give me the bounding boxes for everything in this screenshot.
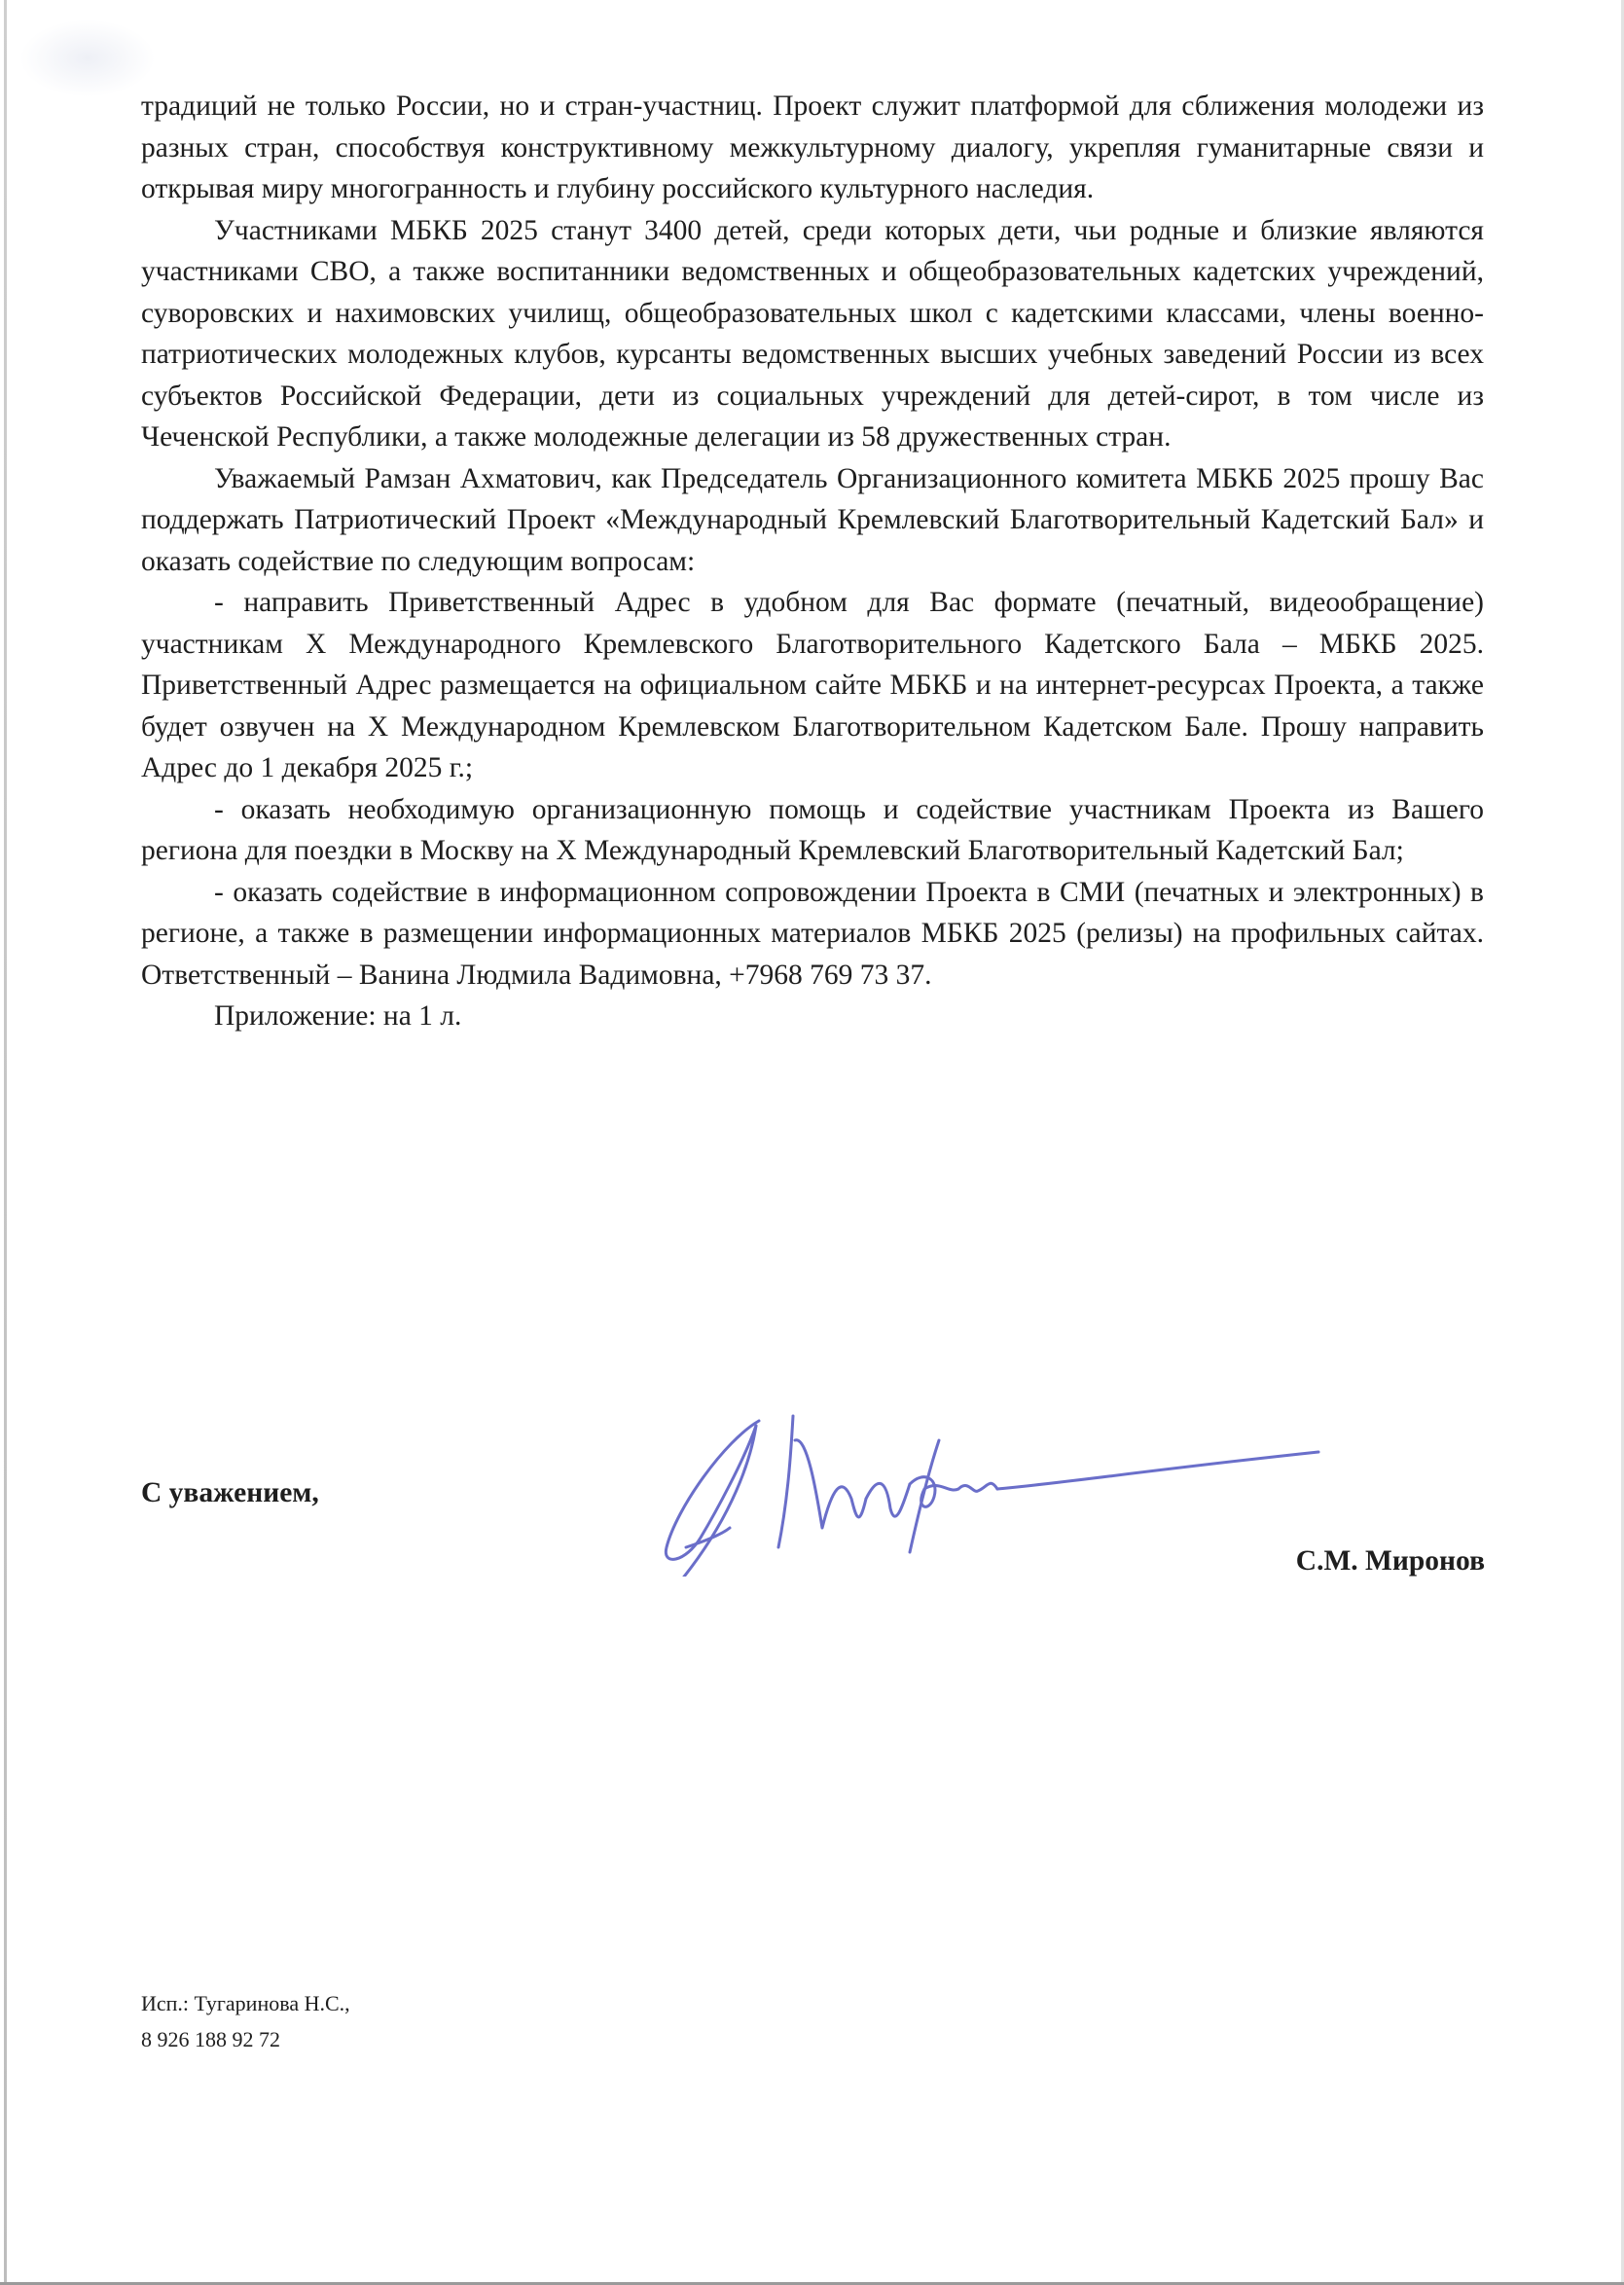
paragraph-item-greeting-address: - направить Приветственный Адрес в удобн…: [141, 582, 1484, 789]
paragraph-item-organizational-help: - оказать необходимую организационную по…: [141, 789, 1484, 872]
executor-block: Исп.: Тугаринова Н.С., 8 926 188 92 72: [141, 1985, 350, 2057]
executor-phone: 8 926 188 92 72: [141, 2021, 350, 2057]
paragraph-request: Уважаемый Рамзан Ахматович, как Председа…: [141, 458, 1484, 583]
executor-name: Исп.: Тугаринова Н.С.,: [141, 1985, 350, 2021]
handwritten-signature: [647, 1382, 1328, 1577]
closing-salutation: С уважением,: [141, 1477, 319, 1509]
paragraph-intro-continuation: традиций не только России, но и стран-уч…: [141, 86, 1484, 210]
page-edge-left: [4, 0, 7, 2285]
paragraph-participants: Участниками МБКБ 2025 станут 3400 детей,…: [141, 210, 1484, 458]
scan-shading: [19, 19, 156, 97]
paragraph-attachment: Приложение: на 1 л.: [141, 996, 1484, 1037]
signer-name: С.М. Миронов: [1296, 1545, 1485, 1578]
letter-body: традиций не только России, но и стран-уч…: [141, 86, 1484, 1037]
paragraph-item-media-support: - оказать содействие в информационном со…: [141, 872, 1484, 997]
